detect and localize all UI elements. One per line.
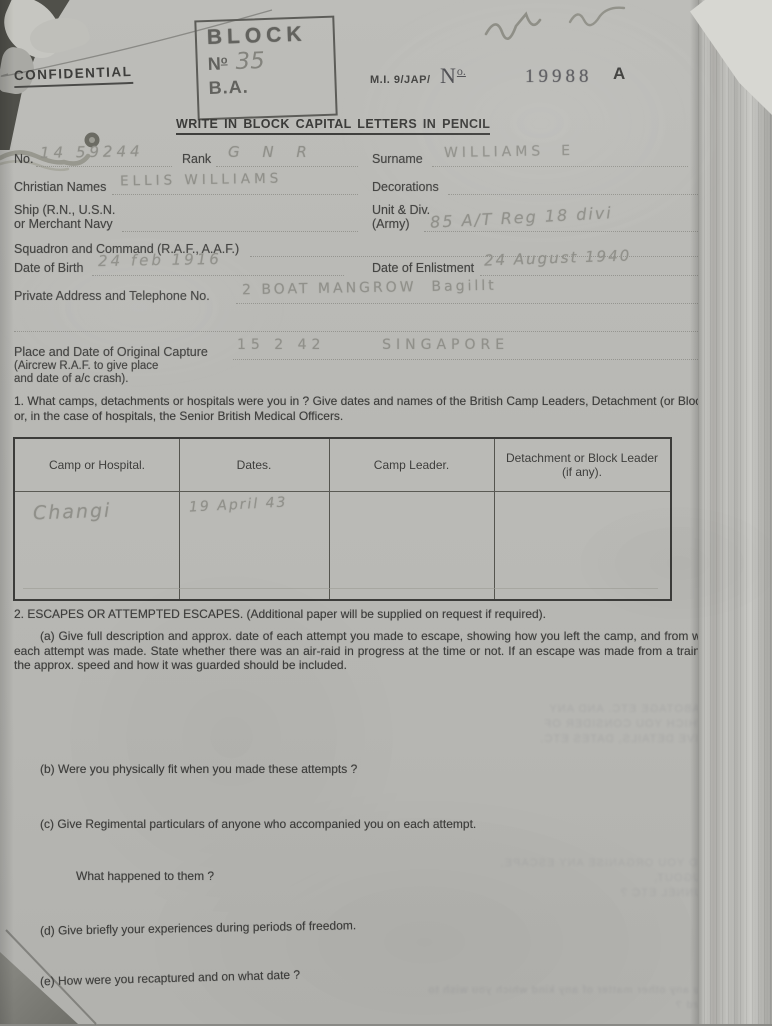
question-2-heading: 2. ESCAPES OR ATTEMPTED ESCAPES. (Additi… <box>14 607 546 622</box>
question-2b: (b) Were you physically fit when you mad… <box>40 762 357 777</box>
question-2a: (a) Give full description and approx. da… <box>14 629 756 673</box>
question-2d: (d) Give briefly your experiences during… <box>40 918 356 938</box>
handwritten-capture: 15 2 42 SINGAPORE <box>237 337 509 353</box>
block-number-stamp: BLOCK No35 B.A. <box>194 16 337 121</box>
table-header-divider <box>15 491 670 492</box>
left-edge-shade <box>0 0 14 1024</box>
handwritten-address: 2 BOAT MANGROW Bagillt <box>242 278 497 298</box>
stamp-ba: B.A. <box>208 74 325 99</box>
table-header-block-leader: Detachment or Block Leader (if any). <box>494 439 670 491</box>
form-reference: M.I. 9/JAP/ <box>370 74 431 86</box>
handwritten-enlistment: 24 August 1940 <box>484 246 632 269</box>
question-2e: (e) How were you recaptured and on what … <box>40 968 300 989</box>
table-header-leader: Camp Leader. <box>329 439 494 491</box>
table-header-dates: Dates. <box>179 439 329 491</box>
field-line-surname <box>432 166 688 167</box>
serial-number: 19988 <box>525 66 593 88</box>
stamp-block-word: BLOCK <box>206 22 323 50</box>
field-label-unit-1: Unit & Div. <box>372 203 430 217</box>
form-instruction: WRITE IN BLOCK CAPITAL LETTERS IN PENCIL <box>176 117 490 135</box>
stamp-number-handwritten: 35 <box>235 48 265 75</box>
field-line-enlistment <box>480 275 712 276</box>
field-line-address-2 <box>14 331 700 332</box>
question-1: 1. What camps, detachments or hospitals … <box>14 394 758 423</box>
field-line-unit <box>424 231 698 232</box>
field-label-surname: Surname <box>372 152 423 166</box>
handwritten-service-no: 14 59244 <box>40 142 144 162</box>
field-label-no: No. <box>14 152 33 166</box>
field-label-ship-1: Ship (R.N., U.S.N. <box>14 203 115 217</box>
field-label-dob: Date of Birth <box>14 261 83 275</box>
field-line-christian-names <box>112 194 358 195</box>
handwritten-rank: G N R <box>228 143 316 161</box>
question-2c: (c) Give Regimental particulars of anyon… <box>40 817 476 832</box>
field-label-unit-2: (Army) <box>372 217 410 231</box>
page-stack-edge <box>698 0 772 1024</box>
field-label-enlistment: Date of Enlistment <box>372 261 474 275</box>
field-line-no <box>36 166 172 167</box>
handwritten-christian-names: ELLIS WILLIAMS <box>120 171 282 190</box>
field-line-ship <box>122 231 358 232</box>
table-inner-hairline <box>23 588 658 589</box>
field-line-address <box>236 303 700 304</box>
bleedthrough-text-block: SABOTAGE ETC. AND ANY WHICH YOU CONSIDER… <box>440 702 708 747</box>
table-header-camp: Camp or Hospital. <box>15 439 179 491</box>
field-line-decorations <box>448 194 698 195</box>
camps-table: Camp or Hospital. Dates. Camp Leader. De… <box>13 437 672 601</box>
field-note-capture-1: (Aircrew R.A.F. to give place <box>14 360 158 372</box>
handwritten-unit: 85 A/T Reg 18 divi <box>430 203 614 232</box>
handwritten-camp: Changi <box>33 500 112 525</box>
question-2c-followup: What happened to them ? <box>76 869 214 884</box>
bleedthrough-text-block: DID YOU ORGANISE ANY ESCAPE, DUGOUT, TUN… <box>440 856 710 901</box>
serial-no-label: No. <box>440 63 466 89</box>
stamp-no-line: No35 <box>207 46 324 76</box>
field-label-address: Private Address and Telephone No. <box>14 289 210 303</box>
field-line-capture <box>233 359 712 360</box>
field-label-decorations: Decorations <box>372 180 439 194</box>
serial-suffix: A <box>613 64 625 84</box>
field-label-capture: Place and Date of Original Capture <box>14 345 208 359</box>
field-label-rank: Rank <box>182 152 211 166</box>
handwritten-camp-dates: 19 April 43 <box>189 494 288 515</box>
field-label-ship-2: or Merchant Navy <box>14 217 113 231</box>
pencil-scribble <box>478 4 648 49</box>
handwritten-dob: 24 feb 1916 <box>98 250 222 270</box>
field-line-dob <box>92 275 344 276</box>
field-label-christian-names: Christian Names <box>14 180 106 194</box>
field-line-rank <box>216 166 358 167</box>
confidential-marking: CONFIDENTIAL <box>14 64 133 88</box>
handwritten-surname: WILLIAMS E <box>444 143 574 161</box>
field-note-capture-2: and date of a/c crash). <box>14 373 128 385</box>
scanned-form-page: CONFIDENTIAL BLOCK No35 B.A. M.I. 9/JAP/… <box>0 0 772 1024</box>
